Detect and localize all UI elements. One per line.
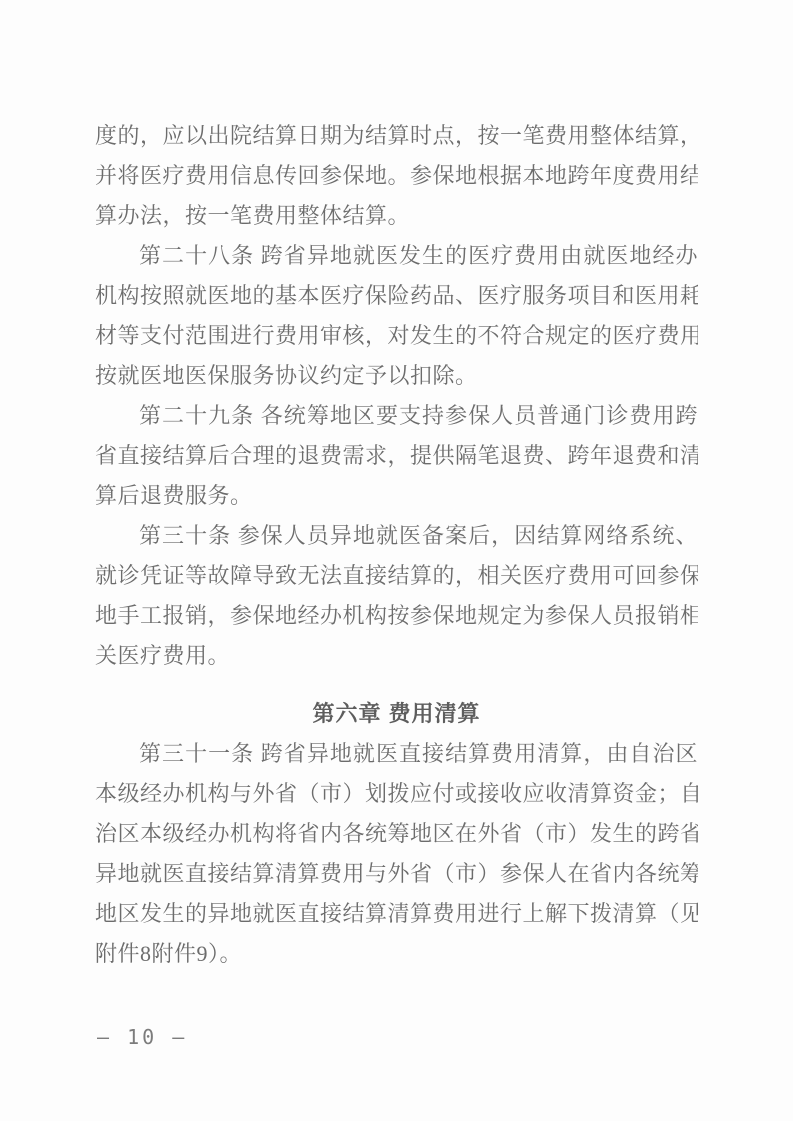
body-text-line: 附件8附件9）。 — [95, 934, 698, 974]
document-body: 度的，应以出院结算日期为结算时点，按一笔费用整体结算， 并将医疗费用信息传回参保… — [95, 116, 698, 974]
chapter-heading: 第六章 费用清算 — [95, 694, 698, 734]
body-text-line: 地手工报销，参保地经办机构按参保地规定为参保人员报销相 — [95, 596, 698, 636]
paragraph: 度的，应以出院结算日期为结算时点，按一笔费用整体结算， 并将医疗费用信息传回参保… — [95, 116, 698, 236]
page-number: — 10 — — [97, 1025, 187, 1049]
paragraph: 第二十九条 各统筹地区要支持参保人员普通门诊费用跨 省直接结算后合理的退费需求，… — [95, 396, 698, 516]
body-text-line: 省直接结算后合理的退费需求，提供隔笔退费、跨年退费和清 — [95, 436, 698, 476]
body-text-line: 异地就医直接结算清算费用与外省（市）参保人在省内各统筹 — [95, 854, 698, 894]
body-text-line: 第三十条 参保人员异地就医备案后，因结算网络系统、 — [95, 516, 698, 556]
body-text-line: 地区发生的异地就医直接结算清算费用进行上解下拨清算（见 — [95, 894, 698, 934]
body-text-line: 关医疗费用。 — [95, 636, 698, 676]
body-text-line: 算办法，按一笔费用整体结算。 — [95, 196, 698, 236]
body-text-line: 度的，应以出院结算日期为结算时点，按一笔费用整体结算， — [95, 116, 698, 156]
body-text-line: 算后退费服务。 — [95, 476, 698, 516]
body-text-line: 第二十九条 各统筹地区要支持参保人员普通门诊费用跨 — [95, 396, 698, 436]
paragraph: 第二十八条 跨省异地就医发生的医疗费用由就医地经办 机构按照就医地的基本医疗保险… — [95, 236, 698, 396]
body-text-line: 治区本级经办机构将省内各统筹地区在外省（市）发生的跨省 — [95, 814, 698, 854]
body-text-line: 按就医地医保服务协议约定予以扣除。 — [95, 356, 698, 396]
body-text-line: 就诊凭证等故障导致无法直接结算的，相关医疗费用可回参保 — [95, 556, 698, 596]
body-text-line: 机构按照就医地的基本医疗保险药品、医疗服务项目和医用耗 — [95, 276, 698, 316]
body-text-line: 本级经办机构与外省（市）划拨应付或接收应收清算资金；自 — [95, 774, 698, 814]
body-text-line: 并将医疗费用信息传回参保地。参保地根据本地跨年度费用结 — [95, 156, 698, 196]
body-text-line: 第三十一条 跨省异地就医直接结算费用清算，由自治区 — [95, 734, 698, 774]
paragraph: 第三十条 参保人员异地就医备案后，因结算网络系统、 就诊凭证等故障导致无法直接结… — [95, 516, 698, 676]
body-text-line: 第二十八条 跨省异地就医发生的医疗费用由就医地经办 — [95, 236, 698, 276]
paragraph: 第三十一条 跨省异地就医直接结算费用清算，由自治区 本级经办机构与外省（市）划拨… — [95, 734, 698, 974]
document-page: 度的，应以出院结算日期为结算时点，按一笔费用整体结算， 并将医疗费用信息传回参保… — [0, 0, 793, 1121]
page-footer: — 10 — — [97, 1022, 187, 1052]
body-text-line: 材等支付范围进行费用审核，对发生的不符合规定的医疗费用 — [95, 316, 698, 356]
